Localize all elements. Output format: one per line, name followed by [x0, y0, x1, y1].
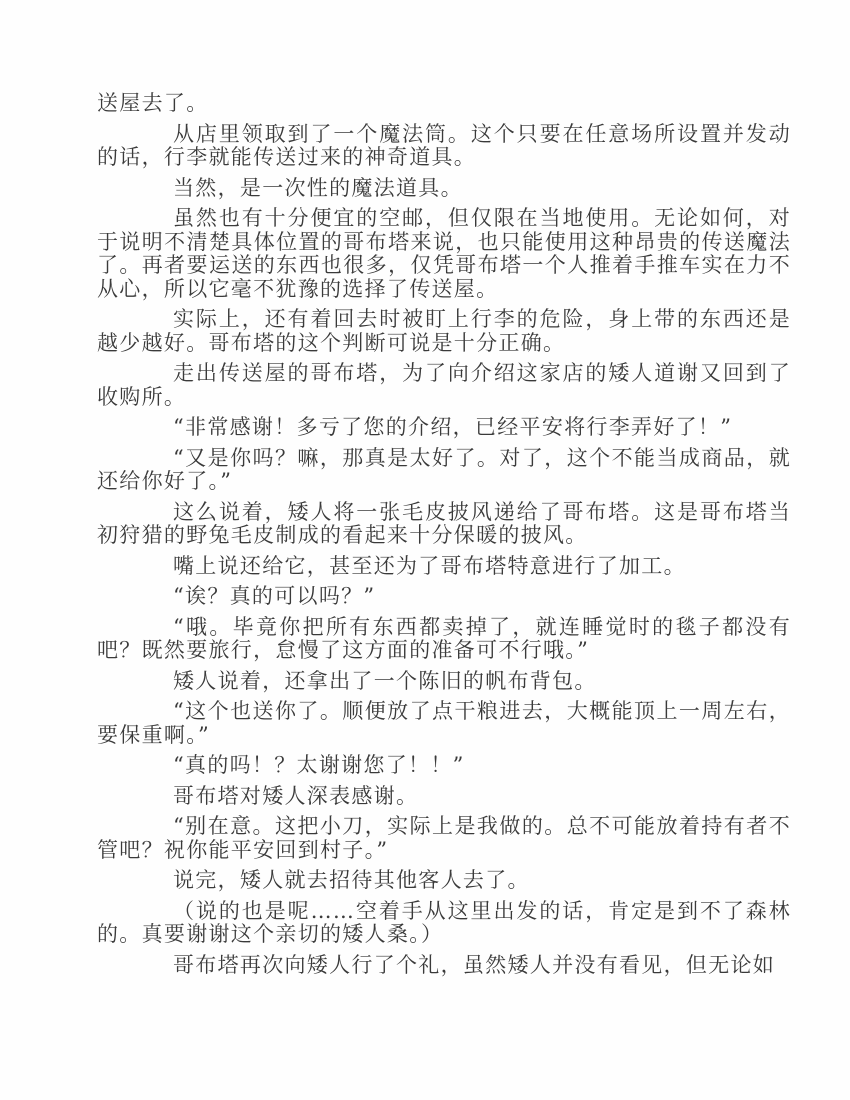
paragraph: 说完，矮人就去招待其他客人去了。	[97, 869, 791, 893]
paragraph: 走出传送屋的哥布塔，为了向介绍这家店的矮人道谢又回到了收购所。	[97, 362, 791, 409]
paragraph: 哥布塔对矮人深表感谢。	[97, 785, 791, 809]
paragraph: 当然，是一次性的魔法道具。	[97, 177, 791, 201]
paragraph: 嘴上说还给它，甚至还为了哥布塔特意进行了加工。	[97, 555, 791, 579]
paragraph: 哥布塔再次向矮人行了个礼，虽然矮人并没有看见，但无论如	[97, 954, 791, 978]
paragraph: “诶？真的可以吗？”	[97, 585, 791, 609]
paragraph: “又是你吗？嘛，那真是太好了。对了，这个不能当成商品，就还给你好了。”	[97, 447, 791, 494]
paragraph: “别在意。这把小刀，实际上是我做的。总不可能放着持有者不管吧？祝你能平安回到村子…	[97, 815, 791, 862]
paragraph: “非常感谢！多亏了您的介绍，已经平安将行李弄好了！”	[97, 416, 791, 440]
paragraph: “真的吗！？太谢谢您了！！”	[97, 754, 791, 778]
page-text: 送屋去了。从店里领取到了一个魔法筒。这个只要在任意场所设置并发动的话，行李就能传…	[97, 92, 791, 984]
document-page: 送屋去了。从店里领取到了一个魔法筒。这个只要在任意场所设置并发动的话，行李就能传…	[0, 0, 850, 1100]
paragraph: 送屋去了。	[97, 92, 791, 116]
paragraph: “这个也送你了。顺便放了点干粮进去，大概能顶上一周左右，要保重啊。”	[97, 700, 791, 747]
paragraph: “哦。毕竟你把所有东西都卖掉了，就连睡觉时的毯子都没有吧？既然要旅行，怠慢了这方…	[97, 616, 791, 663]
paragraph: 虽然也有十分便宜的空邮，但仅限在当地使用。无论如何，对于说明不清楚具体位置的哥布…	[97, 207, 791, 301]
paragraph: 从店里领取到了一个魔法筒。这个只要在任意场所设置并发动的话，行李就能传送过来的神…	[97, 123, 791, 170]
paragraph: 实际上，还有着回去时被盯上行李的危险，身上带的东西还是越少越好。哥布塔的这个判断…	[97, 308, 791, 355]
paragraph: 这么说着，矮人将一张毛皮披风递给了哥布塔。这是哥布塔当初狩猎的野兔毛皮制成的看起…	[97, 501, 791, 548]
paragraph: 矮人说着，还拿出了一个陈旧的帆布背包。	[97, 670, 791, 694]
paragraph: （说的也是呢……空着手从这里出发的话，肯定是到不了森林的。真要谢谢这个亲切的矮人…	[97, 900, 791, 947]
